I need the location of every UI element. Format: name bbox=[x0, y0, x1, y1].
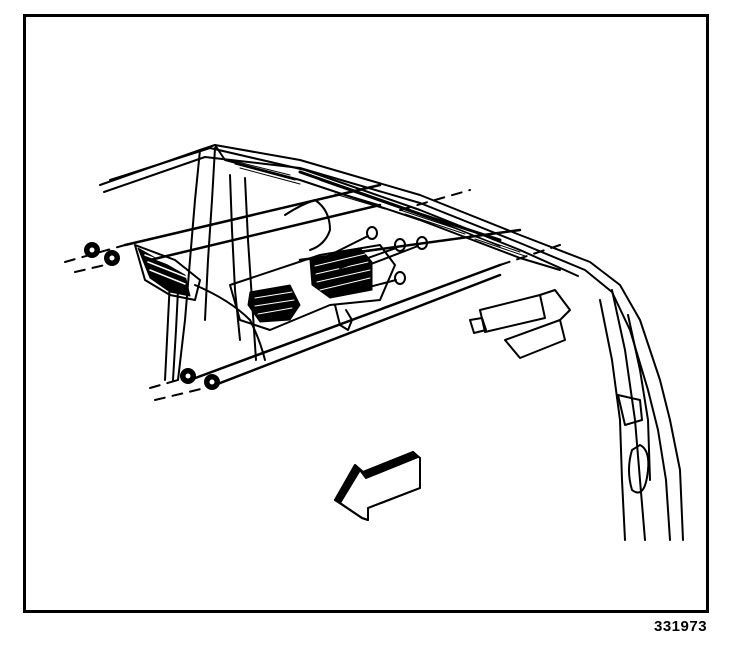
direction-arrow-icon bbox=[335, 452, 420, 520]
left-lamp-assembly bbox=[135, 245, 265, 360]
right-bracket bbox=[470, 290, 570, 358]
figure-number: 331973 bbox=[654, 618, 707, 635]
rail-hatching bbox=[230, 160, 525, 256]
technical-illustration bbox=[0, 0, 752, 664]
